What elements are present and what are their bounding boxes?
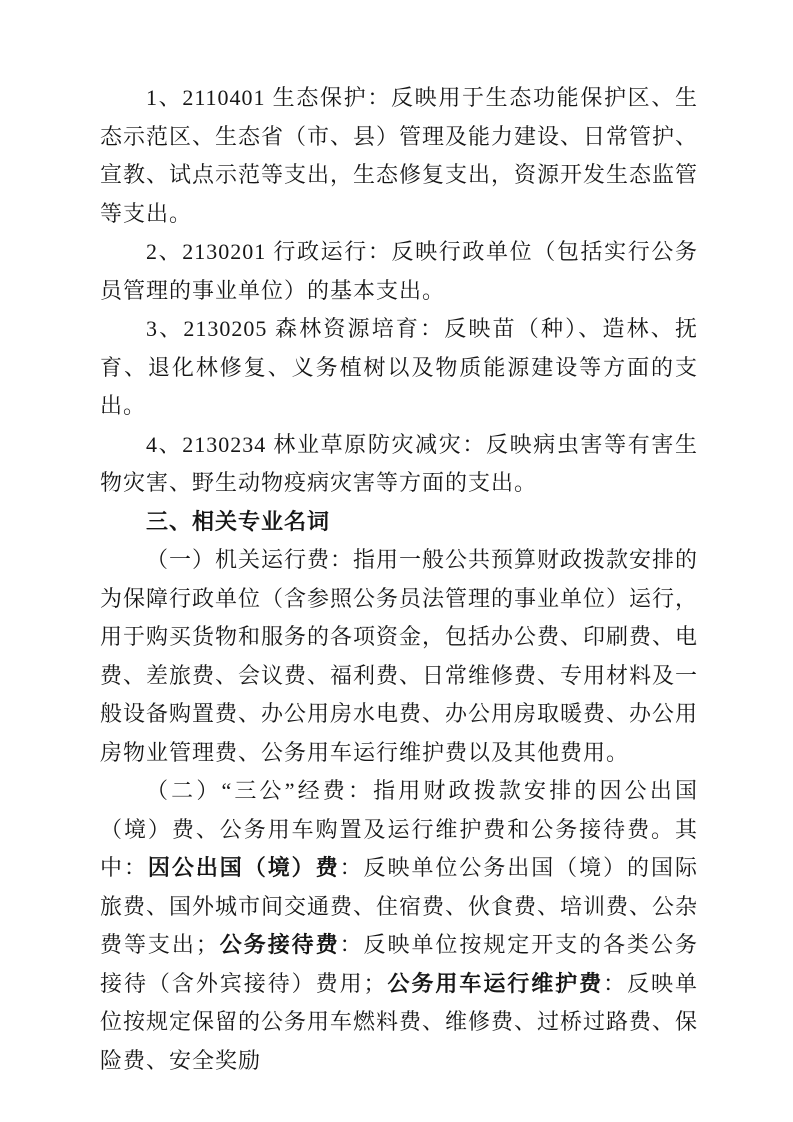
paragraph-text: 2、2130201 行政运行：反映行政单位（包括实行公务员管理的事业单位）的基本…	[100, 239, 698, 303]
paragraph-three-public-funds: （二）“三公”经费：指用财政拨款安排的因公出国（境）费、公务用车购置及运行维护费…	[100, 772, 698, 1080]
paragraph-eco-protection: 1、2110401 生态保护：反映用于生态功能保护区、生态示范区、生态省（市、县…	[100, 79, 698, 233]
term-official-vehicle-maintenance-fee: 公务用车运行维护费	[387, 971, 604, 996]
document-page: 1、2110401 生态保护：反映用于生态功能保护区、生态示范区、生态省（市、县…	[0, 0, 793, 1122]
term-overseas-travel-fee: 因公出国（境）费	[148, 855, 340, 880]
section-heading-terms: 三、相关专业名词	[100, 503, 698, 542]
text-block: 1、2110401 生态保护：反映用于生态功能保护区、生态示范区、生态省（市、县…	[100, 79, 698, 1080]
paragraph-forest-resource: 3、2130205 森林资源培育：反映苗（种）、造林、抚育、退化林修复、义务植树…	[100, 310, 698, 426]
paragraph-agency-operating-cost: （一）机关运行费：指用一般公共预算财政拨款安排的为保障行政单位（含参照公务员法管…	[100, 541, 698, 772]
paragraph-text: （一）机关运行费：指用一般公共预算财政拨款安排的为保障行政单位（含参照公务员法管…	[100, 547, 698, 765]
section-heading-text: 三、相关专业名词	[146, 509, 330, 534]
term-official-reception-fee: 公务接待费	[219, 932, 340, 957]
paragraph-text: 3、2130205 森林资源培育：反映苗（种）、造林、抚育、退化林修复、义务植树…	[100, 316, 698, 418]
paragraph-text: 1、2110401 生态保护：反映用于生态功能保护区、生态示范区、生态省（市、县…	[100, 85, 698, 226]
paragraph-admin-operation: 2、2130201 行政运行：反映行政单位（包括实行公务员管理的事业单位）的基本…	[100, 233, 698, 310]
paragraph-text: 4、2130234 林业草原防灾减灾：反映病虫害等有害生物灾害、野生动物疫病灾害…	[100, 432, 698, 496]
paragraph-disaster-prevention: 4、2130234 林业草原防灾减灾：反映病虫害等有害生物灾害、野生动物疫病灾害…	[100, 426, 698, 503]
